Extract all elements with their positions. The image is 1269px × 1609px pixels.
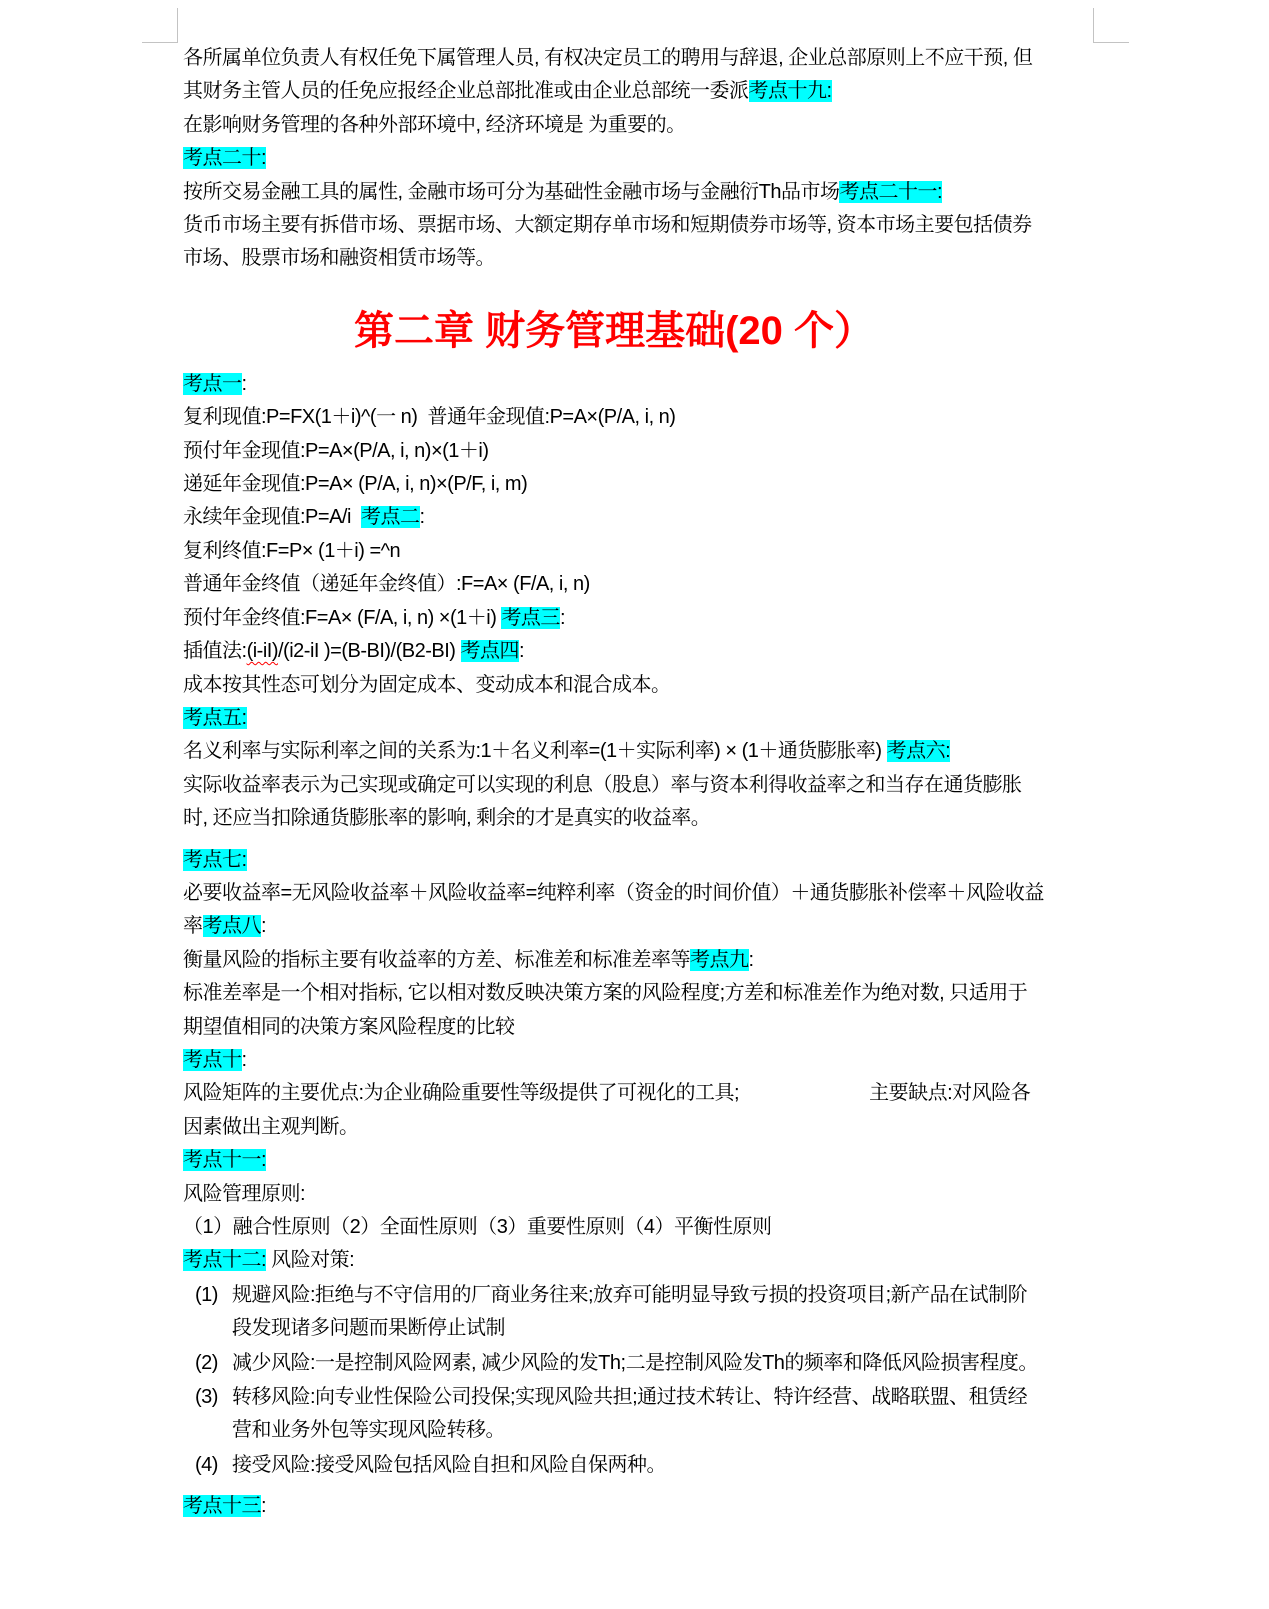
paragraph-formula-deferred-annuity-pv: 递延年金现值:P=A× (P/A, i, n)×(P/F, i, m) xyxy=(183,468,1045,501)
paragraph-nominal-real-rate: 名义利率与实际利率之间的关系为:1＋名义利率=(1＋实际利率) × (1＋通货膨… xyxy=(183,735,1045,768)
paragraph-external-env: 在影响财务管理的各种外部环境中, 经济环境是 为重要的。 xyxy=(183,109,1045,142)
text-run: 预付年金终值:F=A× (F/A, i, n) ×(1＋i) xyxy=(183,607,501,629)
text-run: 在影响财务管理的各种外部环境中, 经济环境是 为重要的。 xyxy=(183,114,686,136)
text-run: 货币市场主要有拆借市场、票据市场、大额定期存单市场和短期债券市场等, 资本市场主… xyxy=(183,214,1032,269)
text-run: 转移风险:向专业性保险公司投保;实现风险共担;通过技术转让、特许经营、战略联盟、… xyxy=(232,1386,1027,1441)
list-item-number: (1) xyxy=(183,1279,232,1346)
document-page: 各所属单位负责人有权任免下属管理人员, 有权决定员工的聘用与辞退, 企业总部原则… xyxy=(0,0,1269,1609)
paragraph-financial-markets: 按所交易金融工具的属性, 金融市场可分为基础性金融市场与金融衍Th品市场考点二十… xyxy=(183,176,1045,209)
text-run: 风险对策: xyxy=(266,1249,354,1271)
paragraph-formula-annuity-due-fv: 预付年金终值:F=A× (F/A, i, n) ×(1＋i) 考点三: xyxy=(183,602,1045,635)
exam-point-highlight: 考点七: xyxy=(183,849,247,871)
exam-point-highlight: 考点二十: xyxy=(183,147,266,169)
risk-strategy-item-1: (1)规避风险:拒绝与不守信用的厂商业务往来;放弃可能明显导致亏损的投资项目;新… xyxy=(183,1279,1045,1346)
list-item-text: 减少风险:一是控制风险网素, 减少风险的发Th;二是控制风险发Th的频率和降低风… xyxy=(232,1347,1045,1380)
list-item-text: 转移风险:向专业性保险公司投保;实现风险共担;通过技术转让、特许经营、战略联盟、… xyxy=(232,1381,1045,1448)
list-item-text: 规避风险:拒绝与不守信用的厂商业务往来;放弃可能明显导致亏损的投资项目;新产品在… xyxy=(232,1279,1045,1346)
text-run: 普通年金终值（递延年金终值）:F=A× (F/A, i, n) xyxy=(183,573,590,595)
text-run: 插值法: xyxy=(183,640,247,662)
exam-point-highlight: 考点六: xyxy=(887,740,951,762)
text-run: : xyxy=(261,1495,266,1517)
text-run: 名义利率与实际利率之间的关系为:1＋名义利率=(1＋实际利率) × (1＋通货膨… xyxy=(183,740,887,762)
exam-point-highlight: 考点五: xyxy=(183,707,247,729)
exam-point-highlight: 考点十二: xyxy=(183,1249,266,1271)
text-run: 成本按其性态可划分为固定成本、变动成本和混合成本。 xyxy=(183,674,671,696)
exam-point-highlight: 考点十一: xyxy=(183,1149,266,1171)
text-run: 复利现值:P=FX(1＋i)^(一 n) 普通年金现值:P=A×(P/A, i,… xyxy=(183,406,675,428)
text-run: 各所属单位负责人有权任免下属管理人员, 有权决定员工的聘用与辞退, 企业总部原则… xyxy=(183,47,1032,102)
paragraph-formula-perpetuity: 永续年金现值:P=A/i 考点二: xyxy=(183,501,1045,534)
text-run: 风险管理原则: xyxy=(183,1183,305,1205)
exam-point-10: 考点十: xyxy=(183,1044,1045,1077)
paragraph-risk-matrix: 风险矩阵的主要优点:为企业确险重要性等级提供了可视化的工具;主要缺点:对风险各因… xyxy=(183,1077,1045,1144)
exam-point-7: 考点七: xyxy=(183,844,1045,877)
text-run: : xyxy=(242,1049,247,1071)
exam-point-highlight: 考点十 xyxy=(183,1049,242,1071)
text-run: 复利终值:F=P× (1＋i) =^n xyxy=(183,540,400,562)
exam-point-highlight: 考点十三 xyxy=(183,1495,261,1517)
list-item-number: (4) xyxy=(183,1449,232,1482)
text-run: 风险矩阵的主要优点:为企业确险重要性等级提供了可视化的工具; xyxy=(183,1082,739,1104)
list-item-text: 接受风险:接受风险包括风险自担和风险自保两种。 xyxy=(232,1449,1045,1482)
text-boundary-mark-top-right xyxy=(1093,8,1129,43)
document-body: 各所属单位负责人有权任免下属管理人员, 有权决定员工的聘用与辞退, 企业总部原则… xyxy=(183,42,1045,1524)
list-item-number: (3) xyxy=(183,1381,232,1448)
exam-point-5: 考点五: xyxy=(183,702,1045,735)
paragraph-real-yield: 实际收益率表示为己实现或确定可以实现的利息（股息）率与资本利得收益率之和当存在通… xyxy=(183,769,1045,836)
text-boundary-mark-top-left xyxy=(142,8,178,43)
paragraph-std-dev-rate: 标准差率是一个相对指标, 它以相对数反映决策方案的风险程度;方差和标准差作为绝对… xyxy=(183,977,1045,1044)
text-run: 标准差率是一个相对指标, 它以相对数反映决策方案的风险程度;方差和标准差作为绝对… xyxy=(183,982,1027,1037)
exam-point-highlight: 考点八 xyxy=(203,915,262,937)
text-run: （1）融合性原则（2）全面性原则（3）重要性原则（4）平衡性原则 xyxy=(183,1216,772,1238)
text-run: 减少风险:一是控制风险网素, 减少风险的发Th;二是控制风险发Th的频率和降低风… xyxy=(232,1352,1038,1374)
exam-point-highlight: 考点三 xyxy=(501,607,560,629)
paragraph-cost-behavior: 成本按其性态可划分为固定成本、变动成本和混合成本。 xyxy=(183,669,1045,702)
paragraph-unit-heads: 各所属单位负责人有权任免下属管理人员, 有权决定员工的聘用与辞退, 企业总部原则… xyxy=(183,42,1045,109)
text-run: : xyxy=(519,640,524,662)
exam-point-20: 考点二十: xyxy=(183,142,1045,175)
text-run: : xyxy=(261,915,266,937)
text-run: 必要收益率=无风险收益率＋风险收益率=纯粹利率（资金的时间价值）＋通货膨胀补偿率… xyxy=(183,882,1044,937)
text-run: 预付年金现值:P=A×(P/A, i, n)×(1＋i) xyxy=(183,440,489,462)
paragraph-formula-fv: 复利终值:F=P× (1＋i) =^n xyxy=(183,535,1045,568)
list-item-number: (2) xyxy=(183,1347,232,1380)
chapter-title: 第二章 财务管理基础(20 个） xyxy=(183,304,1045,358)
paragraph-risk-indicators: 衡量风险的指标主要有收益率的方差、标准差和标准差率等考点九: xyxy=(183,944,1045,977)
inline-spacer xyxy=(739,1098,869,1099)
exam-point-13: 考点十三: xyxy=(183,1490,1045,1523)
text-run: 衡量风险的指标主要有收益率的方差、标准差和标准差率等 xyxy=(183,949,690,971)
paragraph-formula-pv: 复利现值:P=FX(1＋i)^(一 n) 普通年金现值:P=A×(P/A, i,… xyxy=(183,401,1045,434)
text-run: 永续年金现值:P=A/i xyxy=(183,506,361,528)
paragraph-required-return: 必要收益率=无风险收益率＋风险收益率=纯粹利率（资金的时间价值）＋通货膨胀补偿率… xyxy=(183,877,1045,944)
exam-point-highlight: 考点四 xyxy=(461,640,520,662)
text-run: : xyxy=(420,506,425,528)
text-run: : xyxy=(560,607,565,629)
text-run: : xyxy=(749,949,754,971)
exam-point-12: 考点十二: 风险对策: xyxy=(183,1244,1045,1277)
exam-point-highlight: 考点二 xyxy=(361,506,420,528)
paragraph-money-market: 货币市场主要有拆借市场、票据市场、大额定期存单市场和短期债券市场等, 资本市场主… xyxy=(183,209,1045,276)
paragraph-interpolation: 插值法:(i-iI)/(i2-iI )=(B-BI)/(B2-BI) 考点四: xyxy=(183,635,1045,668)
paragraph-formula-annuity-due-pv: 预付年金现值:P=A×(P/A, i, n)×(1＋i) xyxy=(183,435,1045,468)
risk-strategy-item-3: (3)转移风险:向专业性保险公司投保;实现风险共担;通过技术转让、特许经营、战略… xyxy=(183,1381,1045,1448)
paragraph-formula-ordinary-annuity-fv: 普通年金终值（递延年金终值）:F=A× (F/A, i, n) xyxy=(183,568,1045,601)
text-run: : xyxy=(242,373,247,395)
text-run: 实际收益率表示为己实现或确定可以实现的利息（股息）率与资本利得收益率之和当存在通… xyxy=(183,774,1022,829)
exam-point-highlight: 考点十九: xyxy=(749,80,832,102)
text-run: 规避风险:拒绝与不守信用的厂商业务往来;放弃可能明显导致亏损的投资项目;新产品在… xyxy=(232,1284,1027,1339)
text-run: /(i2-iI )=(B-BI)/(B2-BI) xyxy=(278,640,461,662)
paragraph-risk-principles: 风险管理原则: xyxy=(183,1178,1045,1211)
spellcheck-squiggle-text: (i-iI) xyxy=(247,640,278,662)
text-run: 按所交易金融工具的属性, 金融市场可分为基础性金融市场与金融衍Th品市场 xyxy=(183,181,839,203)
text-run: 第二章 财务管理基础(20 个） xyxy=(354,309,874,353)
risk-strategy-item-2: (2)减少风险:一是控制风险网素, 减少风险的发Th;二是控制风险发Th的频率和… xyxy=(183,1347,1045,1380)
text-run: 接受风险:接受风险包括风险自担和风险自保两种。 xyxy=(232,1454,666,1476)
risk-strategy-item-4: (4)接受风险:接受风险包括风险自担和风险自保两种。 xyxy=(183,1449,1045,1482)
exam-point-highlight: 考点二十一: xyxy=(839,181,942,203)
text-run: 递延年金现值:P=A× (P/A, i, n)×(P/F, i, m) xyxy=(183,473,527,495)
exam-point-highlight: 考点一 xyxy=(183,373,242,395)
exam-point-highlight: 考点九 xyxy=(690,949,749,971)
exam-point-11: 考点十一: xyxy=(183,1144,1045,1177)
paragraph-risk-principles-list: （1）融合性原则（2）全面性原则（3）重要性原则（4）平衡性原则 xyxy=(183,1211,1045,1244)
exam-point-1: 考点一: xyxy=(183,368,1045,401)
